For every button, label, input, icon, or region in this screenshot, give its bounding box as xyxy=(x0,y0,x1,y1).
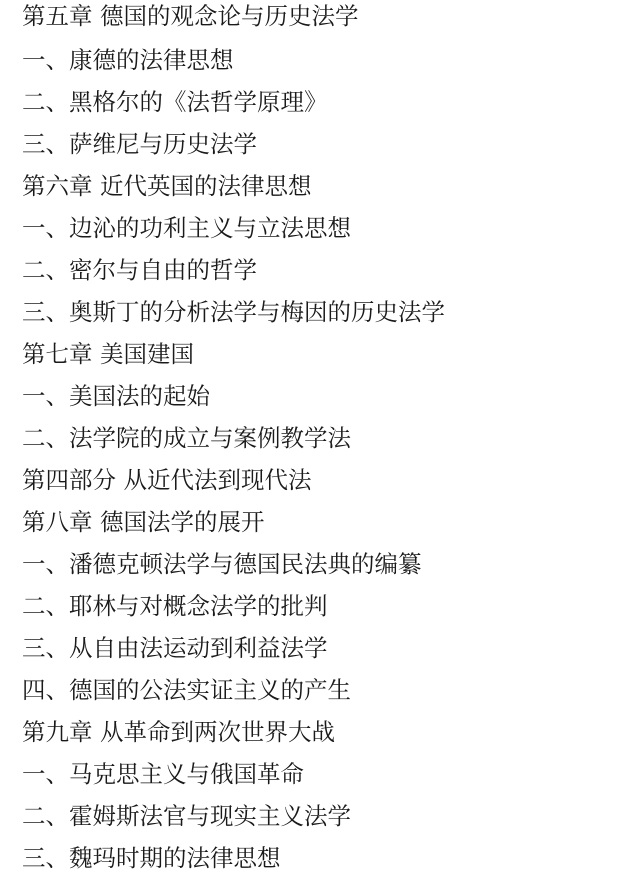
chapter-heading-8: 第八章 德国法学的展开 xyxy=(22,504,630,546)
table-of-contents: 第五章 德国的观念论与历史法学 一、康德的法律思想 二、黑格尔的《法哲学原理》 … xyxy=(0,0,630,881)
section-item: 二、密尔与自由的哲学 xyxy=(22,252,630,294)
section-item: 二、黑格尔的《法哲学原理》 xyxy=(22,84,630,126)
section-item: 三、奥斯丁的分析法学与梅因的历史法学 xyxy=(22,294,630,336)
chapter-heading-5: 第五章 德国的观念论与历史法学 xyxy=(22,0,630,42)
section-item: 一、康德的法律思想 xyxy=(22,42,630,84)
section-item: 二、耶林与对概念法学的批判 xyxy=(22,588,630,630)
section-item: 二、法学院的成立与案例教学法 xyxy=(22,420,630,462)
section-item: 三、萨维尼与历史法学 xyxy=(22,126,630,168)
section-item: 一、美国法的起始 xyxy=(22,378,630,420)
chapter-heading-6: 第六章 近代英国的法律思想 xyxy=(22,168,630,210)
chapter-heading-9: 第九章 从革命到两次世界大战 xyxy=(22,714,630,756)
chapter-heading-7: 第七章 美国建国 xyxy=(22,336,630,378)
section-item: 四、德国的公法实证主义的产生 xyxy=(22,672,630,714)
section-item: 一、马克思主义与俄国革命 xyxy=(22,756,630,798)
section-item: 三、魏玛时期的法律思想 xyxy=(22,840,630,881)
section-item: 一、边沁的功利主义与立法思想 xyxy=(22,210,630,252)
section-item: 二、霍姆斯法官与现实主义法学 xyxy=(22,798,630,840)
section-item: 三、从自由法运动到利益法学 xyxy=(22,630,630,672)
part-heading-4: 第四部分 从近代法到现代法 xyxy=(22,462,630,504)
section-item: 一、潘德克顿法学与德国民法典的编纂 xyxy=(22,546,630,588)
